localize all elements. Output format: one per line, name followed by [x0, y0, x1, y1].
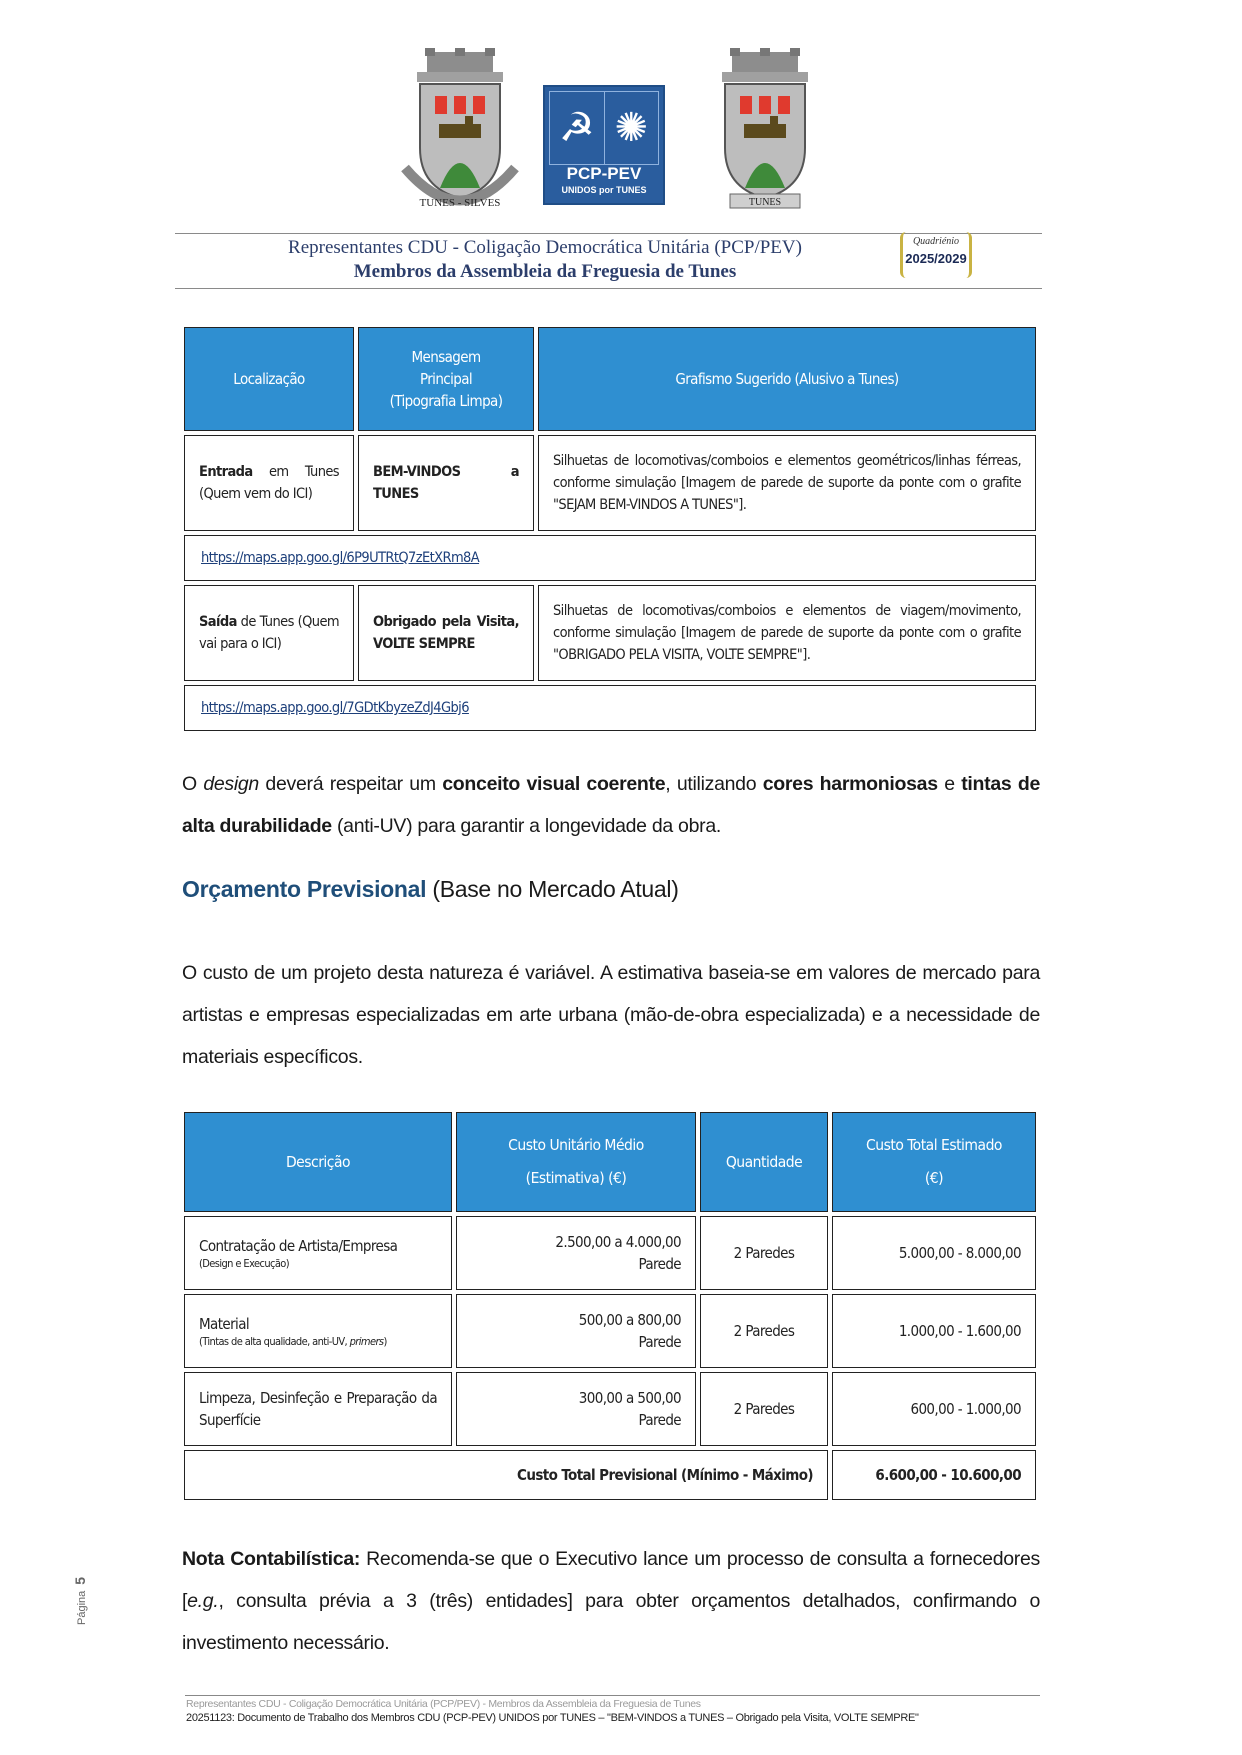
header-graphic: Grafismo Sugerido (Alusivo a Tunes): [538, 327, 1036, 431]
svg-text:TUNES - SILVES: TUNES - SILVES: [420, 197, 501, 209]
header-unit-cost: Custo Unitário Médio(Estimativa) (€): [456, 1112, 696, 1212]
pcp-pev-logo: ☭ ✺ PCP-PEV UNIDOS por TUNES: [543, 85, 665, 205]
maps-link-exit[interactable]: https://maps.app.goo.gl/7GDtKbyzeZdJ4Gbj…: [201, 700, 469, 716]
svg-text:TUNES: TUNES: [749, 197, 781, 208]
description-cell: Contratação de Artista/Empresa(Design e …: [184, 1216, 452, 1290]
header-line-2: Membros da Assembleia da Freguesia de Tu…: [175, 261, 915, 283]
sunflower-icon: ✺: [604, 92, 659, 164]
graphic-cell: Silhuetas de locomotivas/comboios e elem…: [538, 585, 1036, 681]
table-row: Material(Tintas de alta qualidade, anti-…: [184, 1294, 1036, 1368]
header-message: Mensagem Principal (Tipografia Limpa): [358, 327, 534, 431]
table-header-row: Descrição Custo Unitário Médio(Estimativ…: [184, 1112, 1036, 1212]
total-label: Custo Total Previsional (Mínimo - Máximo…: [184, 1450, 828, 1500]
footer-line-1: Representantes CDU - Coligação Democráti…: [186, 1698, 701, 1710]
table-row: https://maps.app.goo.gl/7GDtKbyzeZdJ4Gbj…: [184, 685, 1036, 731]
quadrenio-value: 2025/2029: [903, 251, 969, 266]
table-row: https://maps.app.goo.gl/6P9UTRtQ7zEtXRm8…: [184, 535, 1036, 581]
footer-rule: [185, 1695, 1040, 1696]
unit-cost-cell: 500,00 a 800,00Parede: [456, 1294, 696, 1368]
table-row: Saída de Tunes (Quem vai para o ICI) Obr…: [184, 585, 1036, 681]
design-paragraph: O design deverá respeitar um conceito vi…: [182, 763, 1040, 847]
header-rule-bottom: [175, 288, 1042, 289]
quadrenio-badge: Quadriénio 2025/2029: [900, 232, 972, 278]
locations-table: Localização Mensagem Principal (Tipograf…: [180, 323, 1040, 735]
header-line-1: Representantes CDU - Coligação Democráti…: [175, 237, 915, 259]
location-cell: Entrada em Tunes (Quem vem do ICI): [184, 435, 354, 531]
table-row: Limpeza, Desinfeção e Preparação da Supe…: [184, 1372, 1036, 1446]
total-row: Custo Total Previsional (Mínimo - Máximo…: [184, 1450, 1036, 1500]
location-cell: Saída de Tunes (Quem vai para o ICI): [184, 585, 354, 681]
link-cell: https://maps.app.goo.gl/7GDtKbyzeZdJ4Gbj…: [184, 685, 1036, 731]
budget-table: Descrição Custo Unitário Médio(Estimativ…: [180, 1108, 1040, 1504]
description-cell: Limpeza, Desinfeção e Preparação da Supe…: [184, 1372, 452, 1446]
table-row: Entrada em Tunes (Quem vem do ICI) BEM-V…: [184, 435, 1036, 531]
total-cell: 5.000,00 - 8.000,00: [832, 1216, 1036, 1290]
budget-intro: O custo de um projeto desta natureza é v…: [182, 952, 1040, 1078]
footer-line-2: 20251123: Documento de Trabalho dos Memb…: [186, 1712, 919, 1724]
graphic-cell: Silhuetas de locomotivas/comboios e elem…: [538, 435, 1036, 531]
logo-title: PCP-PEV: [545, 165, 663, 183]
quadrenio-label: Quadriénio: [903, 236, 969, 247]
tunes-silves-coat-of-arms-icon: TUNES - SILVES: [395, 48, 525, 218]
page-number: Página5: [72, 1577, 88, 1625]
total-cell: 600,00 - 1.000,00: [832, 1372, 1036, 1446]
quantity-cell: 2 Paredes: [700, 1372, 828, 1446]
table-header-row: Localização Mensagem Principal (Tipograf…: [184, 327, 1036, 431]
header-location: Localização: [184, 327, 354, 431]
unit-cost-cell: 300,00 a 500,00Parede: [456, 1372, 696, 1446]
message-cell: Obrigado pela Visita, VOLTE SEMPRE: [358, 585, 534, 681]
tunes-coat-of-arms-icon: TUNES: [700, 48, 830, 218]
message-cell: BEM-VINDOS a TUNES: [358, 435, 534, 531]
header-quantity: Quantidade: [700, 1112, 828, 1212]
hammer-sickle-icon: ☭: [550, 92, 604, 164]
total-cell: 1.000,00 - 1.600,00: [832, 1294, 1036, 1368]
link-cell: https://maps.app.goo.gl/6P9UTRtQ7zEtXRm8…: [184, 535, 1036, 581]
budget-heading: Orçamento Previsional (Base no Mercado A…: [182, 876, 679, 903]
unit-cost-cell: 2.500,00 a 4.000,00Parede: [456, 1216, 696, 1290]
quantity-cell: 2 Paredes: [700, 1216, 828, 1290]
total-value: 6.600,00 - 10.600,00: [832, 1450, 1036, 1500]
table-row: Contratação de Artista/Empresa(Design e …: [184, 1216, 1036, 1290]
description-cell: Material(Tintas de alta qualidade, anti-…: [184, 1294, 452, 1368]
logo-subtitle: UNIDOS por TUNES: [545, 185, 663, 195]
accounting-note: Nota Contabilística: Recomenda-se que o …: [182, 1538, 1040, 1664]
header-total: Custo Total Estimado(€): [832, 1112, 1036, 1212]
header-description: Descrição: [184, 1112, 452, 1212]
maps-link-entrance[interactable]: https://maps.app.goo.gl/6P9UTRtQ7zEtXRm8…: [201, 550, 479, 566]
quantity-cell: 2 Paredes: [700, 1294, 828, 1368]
